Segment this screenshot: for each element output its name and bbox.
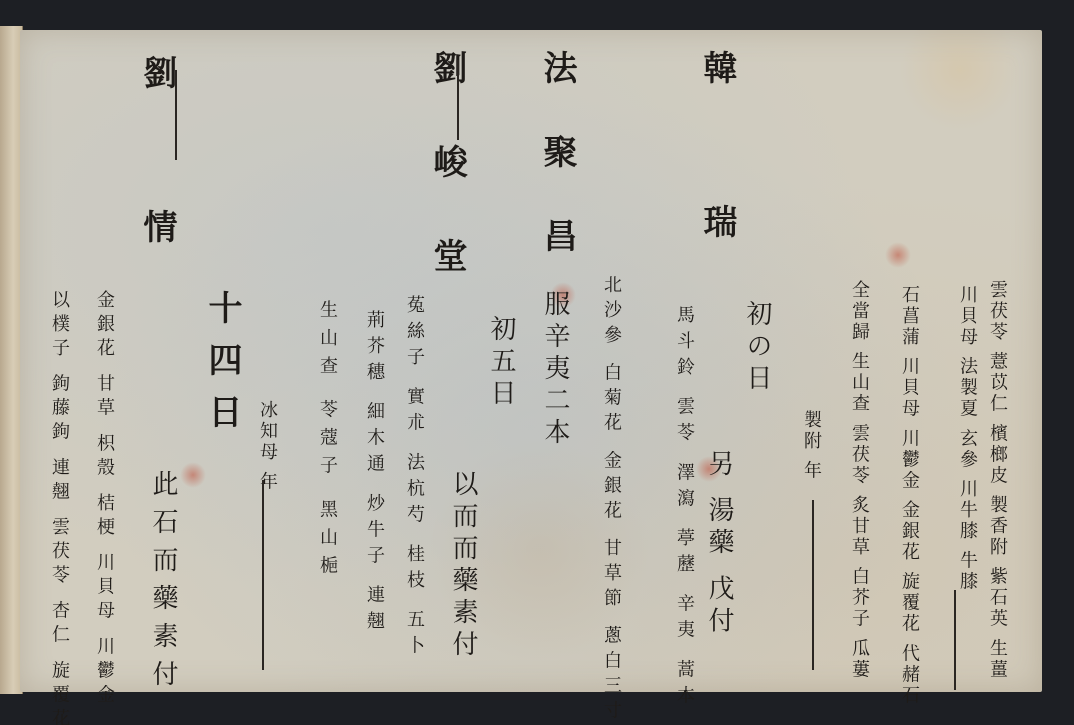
prescription-note: 另 湯藥 戊付 xyxy=(706,450,732,639)
right-list-4: 全當歸 生山查 雲茯苓 炙甘草 白芥子 瓜蔞 xyxy=(850,280,868,681)
visit-date: 初五日 xyxy=(488,315,514,411)
prescription-extra: 冰知母 年 xyxy=(258,400,276,493)
prescription-liu-qing-1: 金銀花 甘草 枳殼 桔梗 川貝母 川鬱金 xyxy=(95,290,113,709)
prescription-liu-qing-2: 以樸子 鉤藤鉤 連翹 雲茯苓 杏仁 旋覆花 xyxy=(50,290,68,725)
ink-stroke xyxy=(175,70,177,160)
ink-stroke xyxy=(262,480,264,670)
prescription-liu-jun-tang-2: 荊芥穗 細木通 炒牛子 連翹 xyxy=(365,310,383,637)
visit-date: 十四日 xyxy=(205,290,239,446)
prescription-han-rui: 馬斗鈴 雲苓 澤瀉 葶藶 辛夷 蒿本 xyxy=(675,305,693,712)
prescription-liu-jun-tang-3: 生山查 苓蔻子 黑山梔 xyxy=(318,300,336,583)
right-list-2: 川貝母 法製夏 玄參 川牛膝 牛膝 xyxy=(958,285,976,593)
prescription-liu-jun-tang-1: 菟絲子 實朮 法杭芍 桂枝 五卜 xyxy=(405,295,423,662)
ink-stroke xyxy=(812,500,814,670)
red-seal-stain xyxy=(180,462,206,488)
patient-name-fa-ju-chang: 法聚昌 xyxy=(540,50,574,302)
prescription-note: 此石而藥素付 xyxy=(150,470,176,698)
ink-stroke xyxy=(457,60,459,140)
prescription-note: 以而而藥素付 xyxy=(450,470,476,662)
dosage-note: 服辛夷二本 xyxy=(542,290,568,450)
prescription-extra: 製附 年 xyxy=(802,410,820,482)
visit-date: 初の日 xyxy=(744,300,770,396)
red-seal-stain xyxy=(885,242,911,268)
prescription-fa-ju-chang: 北沙參 白菊花 金銀花 甘草節 蔥白三寸 xyxy=(602,275,620,725)
patient-name-liu-qing: 劉情 xyxy=(140,55,174,363)
ink-stroke xyxy=(954,590,956,690)
patient-name-han-rui: 韓瑞 xyxy=(700,50,734,358)
right-list-1: 雲茯苓 薏苡仁 檳榔皮 製香附 紫石英 生薑 xyxy=(988,280,1006,681)
right-list-3: 石菖蒲 川貝母 川鬱金 金銀花 旋覆花 代赭石 xyxy=(900,285,918,707)
manuscript-page: 雲茯苓 薏苡仁 檳榔皮 製香附 紫石英 生薑 川貝母 法製夏 玄參 川牛膝 牛膝… xyxy=(20,30,1042,692)
